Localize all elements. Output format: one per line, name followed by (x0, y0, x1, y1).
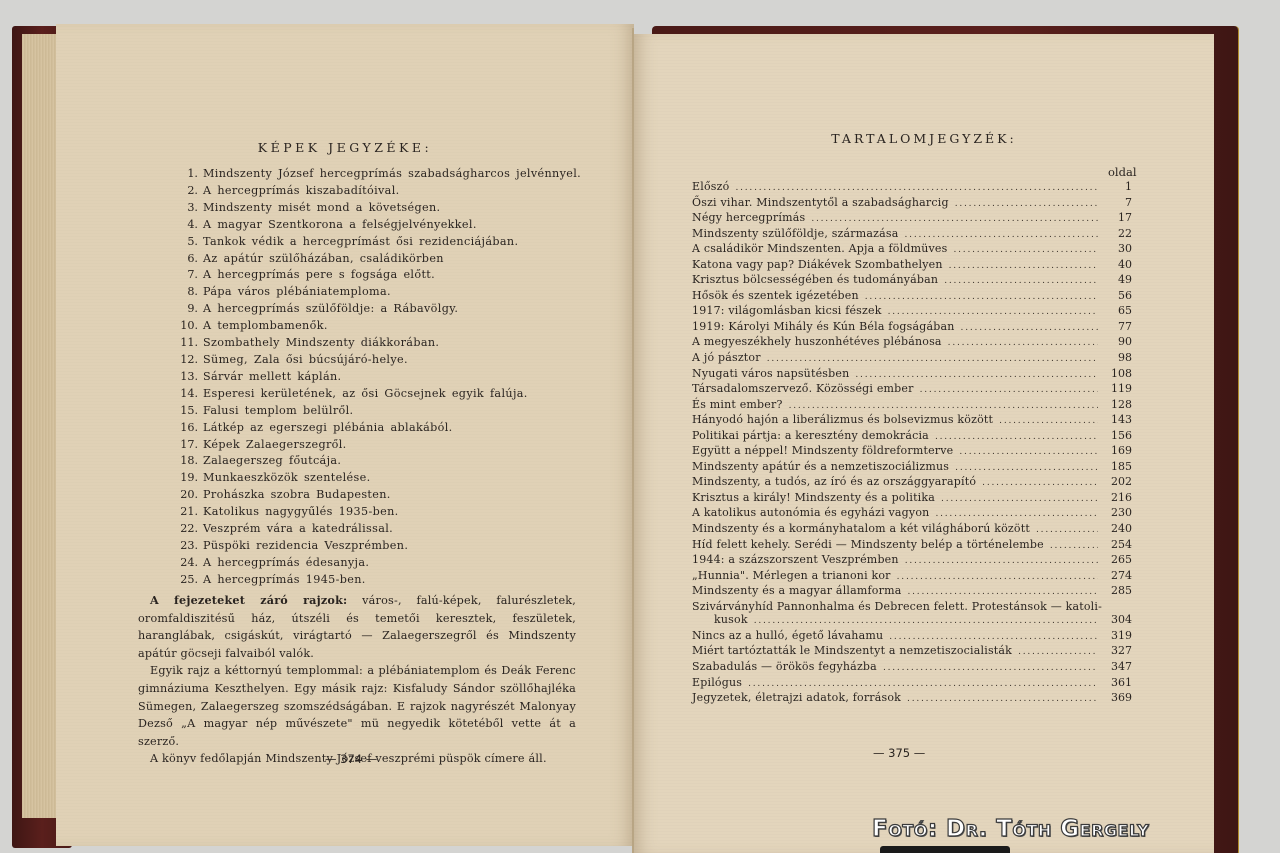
item-number: 5. (170, 234, 203, 251)
toc-entry-title: Hányodó hajón a liberálizmus és bolseviz… (692, 413, 993, 427)
note-bold-lead: A fejezeteket záró rajzok: (150, 593, 347, 607)
item-number: 17. (170, 437, 203, 454)
image-list-item: 3.Mindszenty misét mond a követségen. (170, 200, 590, 217)
toc-entry-page: 49 (1104, 273, 1132, 287)
image-list-item: 21.Katolikus nagygyűlés 1935-ben. (170, 504, 590, 521)
image-list-item: 2.A hercegprímás kiszabadítóival. (170, 183, 590, 200)
toc-entry-page: 17 (1104, 211, 1132, 225)
toc-entry-page: 185 (1104, 460, 1132, 474)
toc-entry-title: Nincs az a hulló, égető lávahamu (692, 629, 883, 643)
item-number: 7. (170, 267, 203, 284)
toc-entry: Hősök és szentek igézetében56 (692, 289, 1132, 305)
item-caption: A hercegprímás kiszabadítóival. (203, 183, 400, 200)
item-caption: Pápa város plébániatemploma. (203, 284, 391, 301)
toc-entry-page: 216 (1104, 491, 1132, 505)
item-number: 2. (170, 183, 203, 200)
leader-dots (955, 462, 1098, 476)
toc-entry: Mindszenty és a kormányhatalom a két vil… (692, 522, 1132, 538)
toc-entry: Miért tartóztatták le Mindszentyt a nemz… (692, 644, 1132, 660)
toc-entry-page: 128 (1104, 398, 1132, 412)
toc-entry-page: 265 (1104, 553, 1132, 567)
toc-entry-title: Nyugati város napsütésben (692, 367, 849, 381)
leader-dots (941, 493, 1098, 507)
leader-dots (955, 198, 1098, 212)
toc-entry-page: 274 (1104, 569, 1132, 583)
leader-dots (748, 678, 1098, 692)
toc-entry: Hányodó hajón a liberálizmus és bolseviz… (692, 413, 1132, 429)
item-caption: Sárvár mellett káplán. (203, 369, 341, 386)
image-list-item: 9.A hercegprímás szülőföldje: a Rábavölg… (170, 301, 590, 318)
image-list-item: 25.A hercegprímás 1945-ben. (170, 572, 590, 589)
item-number: 15. (170, 403, 203, 420)
toc-entry-title: Mindszenty és a kormányhatalom a két vil… (692, 522, 1030, 536)
item-number: 14. (170, 386, 203, 403)
toc-entry-title: A családikör Mindszenten. Apja a földmüv… (692, 242, 947, 256)
image-list-item: 12.Sümeg, Zala ősi búcsújáró-helye. (170, 352, 590, 369)
leader-dots (999, 415, 1098, 429)
left-page-number: — 374 — (325, 752, 377, 766)
image-list-item: 14.Esperesi kerületének, az ősi Göcsejne… (170, 386, 590, 403)
toc-entry: Híd felett kehely. Serédi — Mindszenty b… (692, 538, 1132, 554)
toc-entry-title: Krisztus bölcsességében és tudományában (692, 273, 938, 287)
toc-entry: Krisztus bölcsességében és tudományában4… (692, 273, 1132, 289)
toc-entry-page: 230 (1104, 506, 1132, 520)
item-number: 21. (170, 504, 203, 521)
toc-entry-title: Négy hercegprímás (692, 211, 805, 225)
toc-entry: És mint ember?128 (692, 398, 1132, 414)
image-list-item: 17.Képek Zalaegerszegről. (170, 437, 590, 454)
leader-dots (935, 508, 1098, 522)
item-caption: Prohászka szobra Budapesten. (203, 487, 391, 504)
toc-entry: Jegyzetek, életrajzi adatok, források369 (692, 691, 1132, 707)
toc-entry-title: Szabadulás — örökös fegyházba (692, 660, 877, 674)
leader-dots (865, 291, 1098, 305)
leader-dots (789, 400, 1098, 414)
toc-entry-title: Szivárványhíd Pannonhalma és Debrecen fe… (692, 600, 1102, 614)
item-number: 22. (170, 521, 203, 538)
image-list-item: 1.Mindszenty József hercegprímás szabads… (170, 166, 590, 183)
image-list-item: 11.Szombathely Mindszenty diákkorában. (170, 335, 590, 352)
toc-entry-page: 369 (1104, 691, 1132, 705)
toc-entry: Mindszenty szülőföldje, származása22 (692, 227, 1132, 243)
item-caption: Esperesi kerületének, az ősi Göcsejnek e… (203, 386, 528, 403)
toc-entry: Epilógus361 (692, 676, 1132, 692)
leader-dots (1036, 524, 1098, 538)
leader-dots (767, 353, 1098, 367)
item-caption: Képek Zalaegerszegről. (203, 437, 347, 454)
toc-entry-title: Mindszenty apátúr és a nemzetiszociálizm… (692, 460, 949, 474)
toc-entry: Társadalomszervező. Közösségi ember119 (692, 382, 1132, 398)
toc-entry: 1919: Károlyi Mihály és Kún Béla fogságá… (692, 320, 1132, 336)
toc-entry: Nincs az a hulló, égető lávahamu319 (692, 629, 1132, 645)
item-caption: Az apátúr szülőházában, családikörben (203, 251, 444, 268)
leader-dots (811, 213, 1098, 227)
toc-entry-page: 169 (1104, 444, 1132, 458)
toc-entry: Nyugati város napsütésben108 (692, 367, 1132, 383)
toc-entry-page: 119 (1104, 382, 1132, 396)
leader-dots (897, 571, 1098, 585)
leader-dots (905, 229, 1098, 243)
toc-entry-title: Jegyzetek, életrajzi adatok, források (692, 691, 901, 705)
image-list-item: 20.Prohászka szobra Budapesten. (170, 487, 590, 504)
image-list-item: 10.A templombamenők. (170, 318, 590, 335)
toc-entry: A megyeszékhely huszonhétéves plébánosa9… (692, 335, 1132, 351)
toc-entry: A családikör Mindszenten. Apja a földmüv… (692, 242, 1132, 258)
leader-dots (754, 615, 1098, 629)
toc-entry-page: 90 (1104, 335, 1132, 349)
image-list-item: 23.Püspöki rezidencia Veszprémben. (170, 538, 590, 555)
bottom-dark-object (880, 846, 1010, 853)
toc-entry-title: Előszó (692, 180, 729, 194)
toc-entry-page: 143 (1104, 413, 1132, 427)
toc-entry-page: 304 (1104, 613, 1132, 627)
item-number: 12. (170, 352, 203, 369)
toc-title: TARTALOMJEGYZÉK: (634, 131, 1214, 146)
toc-entry: Katona vagy pap? Diákévek Szombathelyen4… (692, 258, 1132, 274)
right-page-number: — 375 — (873, 746, 925, 760)
images-list-title: KÉPEK JEGYZÉKE: (56, 140, 634, 155)
toc-entry-title: Híd felett kehely. Serédi — Mindszenty b… (692, 538, 1044, 552)
leader-dots (920, 384, 1098, 398)
image-list-item: 13.Sárvár mellett káplán. (170, 369, 590, 386)
toc-entry-title: Politikai pártja: a keresztény demokráci… (692, 429, 929, 443)
item-number: 10. (170, 318, 203, 335)
leader-dots (935, 431, 1098, 445)
leader-dots (889, 631, 1098, 645)
item-number: 6. (170, 251, 203, 268)
image-list-item: 19.Munkaeszközök szentelése. (170, 470, 590, 487)
toc-entry: 1917: világomlásban kicsi fészek65 (692, 304, 1132, 320)
toc-entry-page: 347 (1104, 660, 1132, 674)
item-caption: A hercegprímás édesanyja. (203, 555, 369, 572)
toc-entry-title: A jó pásztor (692, 351, 761, 365)
toc-entry-title: És mint ember? (692, 398, 783, 412)
image-list-item: 24.A hercegprímás édesanyja. (170, 555, 590, 572)
leader-dots (961, 322, 1098, 336)
toc-entry-title: Őszi vihar. Mindszentytől a szabadsághar… (692, 196, 949, 210)
toc-entry: Előszó1 (692, 180, 1132, 196)
item-caption: A hercegprímás szülőföldje: a Rábavölgy. (203, 301, 458, 318)
image-list-item: 15.Falusi templom belülről. (170, 403, 590, 420)
toc-entry-page: 361 (1104, 676, 1132, 690)
item-caption: Mindszenty misét mond a követségen. (203, 200, 440, 217)
leader-dots (1018, 646, 1098, 660)
toc-entry: Őszi vihar. Mindszentytől a szabadsághar… (692, 196, 1132, 212)
item-number: 25. (170, 572, 203, 589)
leader-dots (883, 662, 1098, 676)
images-list: 1.Mindszenty József hercegprímás szabads… (170, 166, 590, 589)
item-caption: A hercegprímás 1945-ben. (203, 572, 366, 589)
leader-dots (982, 477, 1098, 491)
toc-entry-page: 327 (1104, 644, 1132, 658)
toc-entry: Szabadulás — örökös fegyházba347 (692, 660, 1132, 676)
item-caption: Tankok védik a hercegprímást ősi reziden… (203, 234, 518, 251)
leader-dots (948, 337, 1098, 351)
toc-entry: A katolikus autonómia és egyházi vagyon2… (692, 506, 1132, 522)
image-list-item: 18.Zalaegerszeg főutcája. (170, 453, 590, 470)
toc-entry-title: kusok (692, 613, 748, 627)
item-number: 1. (170, 166, 203, 183)
drawings-note: A fejezeteket záró rajzok: város-, falú-… (138, 592, 576, 768)
toc-entry-title: A megyeszékhely huszonhétéves plébánosa (692, 335, 942, 349)
item-caption: Zalaegerszeg főutcája. (203, 453, 341, 470)
table-of-contents: Előszó1Őszi vihar. Mindszentytől a szaba… (692, 180, 1132, 707)
toc-entry: Mindszenty apátúr és a nemzetiszociálizm… (692, 460, 1132, 476)
item-number: 8. (170, 284, 203, 301)
toc-entry-page: 202 (1104, 475, 1132, 489)
toc-entry: Szivárványhíd Pannonhalma és Debrecen fe… (692, 600, 1132, 614)
toc-entry-page: 30 (1104, 242, 1132, 256)
image-list-item: 22.Veszprém vára a katedrálissal. (170, 521, 590, 538)
item-number: 4. (170, 217, 203, 234)
leader-dots (735, 182, 1098, 196)
image-list-item: 5.Tankok védik a hercegprímást ősi rezid… (170, 234, 590, 251)
leader-dots (959, 446, 1098, 460)
toc-page-column-label: oldal (1108, 165, 1137, 179)
toc-entry-page: 22 (1104, 227, 1132, 241)
toc-entry-title: Társadalomszervező. Közösségi ember (692, 382, 914, 396)
toc-entry-title: Krisztus a király! Mindszenty és a polit… (692, 491, 935, 505)
toc-entry-title: 1917: világomlásban kicsi fészek (692, 304, 882, 318)
toc-entry-title: Katona vagy pap? Diákévek Szombathelyen (692, 258, 943, 272)
leader-dots (905, 555, 1098, 569)
toc-entry-title: „Hunnia". Mérlegen a trianoni kor (692, 569, 891, 583)
toc-entry-title: Mindszenty és a magyar államforma (692, 584, 901, 598)
image-list-item: 7.A hercegprímás pere s fogsága előtt. (170, 267, 590, 284)
item-caption: Szombathely Mindszenty diákkorában. (203, 335, 439, 352)
toc-entry-page: 108 (1104, 367, 1132, 381)
toc-entry: A jó pásztor98 (692, 351, 1132, 367)
item-caption: Sümeg, Zala ősi búcsújáró-helye. (203, 352, 408, 369)
leader-dots (907, 586, 1098, 600)
toc-entry-page: 56 (1104, 289, 1132, 303)
leader-dots (855, 369, 1098, 383)
toc-entry-title: Mindszenty, a tudós, az író és az ország… (692, 475, 976, 489)
toc-entry-page: 7 (1104, 196, 1132, 210)
toc-entry-title: Epilógus (692, 676, 742, 690)
image-list-item: 6.Az apátúr szülőházában, családikörben (170, 251, 590, 268)
item-caption: Munkaeszközök szentelése. (203, 470, 371, 487)
toc-entry-page: 319 (1104, 629, 1132, 643)
toc-entry-title: Hősök és szentek igézetében (692, 289, 859, 303)
toc-entry: Együtt a néppel! Mindszenty földreformte… (692, 444, 1132, 460)
toc-entry-title: Mindszenty szülőföldje, származása (692, 227, 899, 241)
item-number: 23. (170, 538, 203, 555)
toc-entry: Négy hercegprímás17 (692, 211, 1132, 227)
note-paragraph-1: A fejezeteket záró rajzok: város-, falú-… (138, 592, 576, 662)
toc-entry-page: 240 (1104, 522, 1132, 536)
toc-entry-title: 1919: Károlyi Mihály és Kún Béla fogságá… (692, 320, 955, 334)
leader-dots (953, 244, 1098, 258)
item-caption: Mindszenty József hercegprímás szabadság… (203, 166, 581, 183)
toc-entry-page: 40 (1104, 258, 1132, 272)
leader-dots (944, 275, 1098, 289)
item-number: 20. (170, 487, 203, 504)
item-caption: Püspöki rezidencia Veszprémben. (203, 538, 408, 555)
item-number: 18. (170, 453, 203, 470)
image-list-item: 8.Pápa város plébániatemploma. (170, 284, 590, 301)
toc-entry-title: Együtt a néppel! Mindszenty földreformte… (692, 444, 953, 458)
toc-entry-page: 156 (1104, 429, 1132, 443)
toc-entry: kusok304 (692, 613, 1132, 629)
toc-entry-title: A katolikus autonómia és egyházi vagyon (692, 506, 929, 520)
toc-entry-page: 254 (1104, 538, 1132, 552)
toc-entry-page: 1 (1104, 180, 1132, 194)
toc-entry: Krisztus a király! Mindszenty és a polit… (692, 491, 1132, 507)
toc-entry-title: Miért tartóztatták le Mindszentyt a nemz… (692, 644, 1012, 658)
item-number: 3. (170, 200, 203, 217)
item-number: 11. (170, 335, 203, 352)
item-number: 24. (170, 555, 203, 572)
item-number: 9. (170, 301, 203, 318)
item-caption: Látkép az egerszegi plébánia ablakából. (203, 420, 453, 437)
leader-dots (1050, 540, 1098, 554)
toc-entry-title: 1944: a százszorszent Veszprémben (692, 553, 899, 567)
item-caption: Falusi templom belülről. (203, 403, 353, 420)
toc-entry-page: 98 (1104, 351, 1132, 365)
item-caption: A hercegprímás pere s fogsága előtt. (203, 267, 435, 284)
image-list-item: 16.Látkép az egerszegi plébánia ablakábó… (170, 420, 590, 437)
toc-entry-page: 65 (1104, 304, 1132, 318)
item-caption: A magyar Szentkorona a felségjelvényekke… (203, 217, 477, 234)
photo-credit-watermark: Fotó: Dr. Tóth Gergely (872, 816, 1149, 842)
leader-dots (907, 693, 1098, 707)
note-paragraph-2: Egyik rajz a kéttornyú templommal: a plé… (138, 662, 576, 750)
toc-entry-page: 285 (1104, 584, 1132, 598)
toc-entry: 1944: a százszorszent Veszprémben265 (692, 553, 1132, 569)
item-number: 13. (170, 369, 203, 386)
toc-entry-page: 77 (1104, 320, 1132, 334)
toc-entry: Mindszenty és a magyar államforma285 (692, 584, 1132, 600)
toc-entry: Politikai pártja: a keresztény demokráci… (692, 429, 1132, 445)
leader-dots (949, 260, 1098, 274)
image-list-item: 4.A magyar Szentkorona a felségjelvények… (170, 217, 590, 234)
leader-dots (888, 306, 1098, 320)
item-caption: Katolikus nagygyűlés 1935-ben. (203, 504, 399, 521)
item-caption: A templombamenők. (203, 318, 328, 335)
toc-entry: Mindszenty, a tudós, az író és az ország… (692, 475, 1132, 491)
toc-entry: „Hunnia". Mérlegen a trianoni kor274 (692, 569, 1132, 585)
item-number: 19. (170, 470, 203, 487)
item-number: 16. (170, 420, 203, 437)
item-caption: Veszprém vára a katedrálissal. (203, 521, 393, 538)
